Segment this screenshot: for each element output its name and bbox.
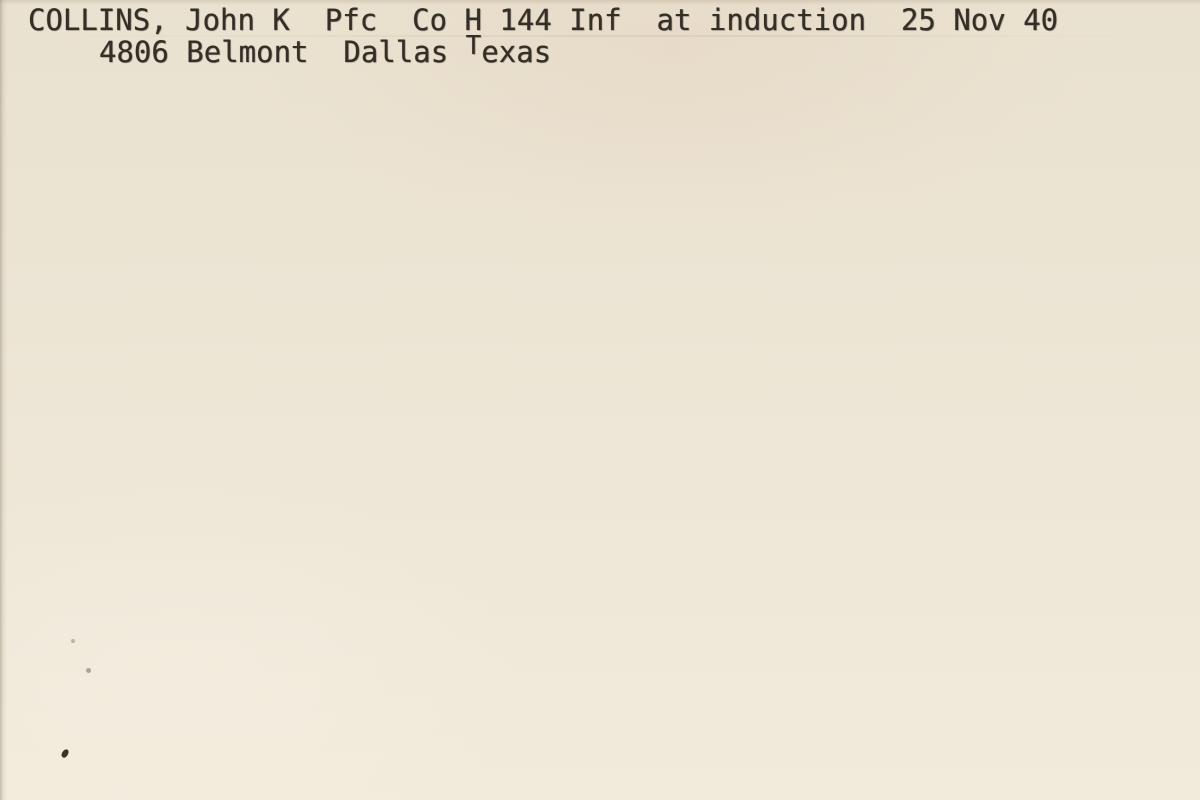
index-card: COLLINS, John K Pfc Co H 144 Inf at indu…: [0, 0, 1200, 800]
scan-left-edge: [0, 0, 7, 800]
address-text-end: exas: [481, 35, 551, 69]
raised-letter-t: T: [466, 31, 482, 61]
paper-speck: [86, 668, 91, 673]
paper-speck: [71, 639, 75, 643]
address-text: 4806 Belmont Dallas: [99, 35, 466, 69]
paper-speck: [60, 748, 69, 759]
typed-line-name-rank-unit-date: COLLINS, John K Pfc Co H 144 Inf at indu…: [28, 5, 1058, 35]
typed-line-address: 4806 Belmont Dallas Texas: [99, 37, 551, 69]
